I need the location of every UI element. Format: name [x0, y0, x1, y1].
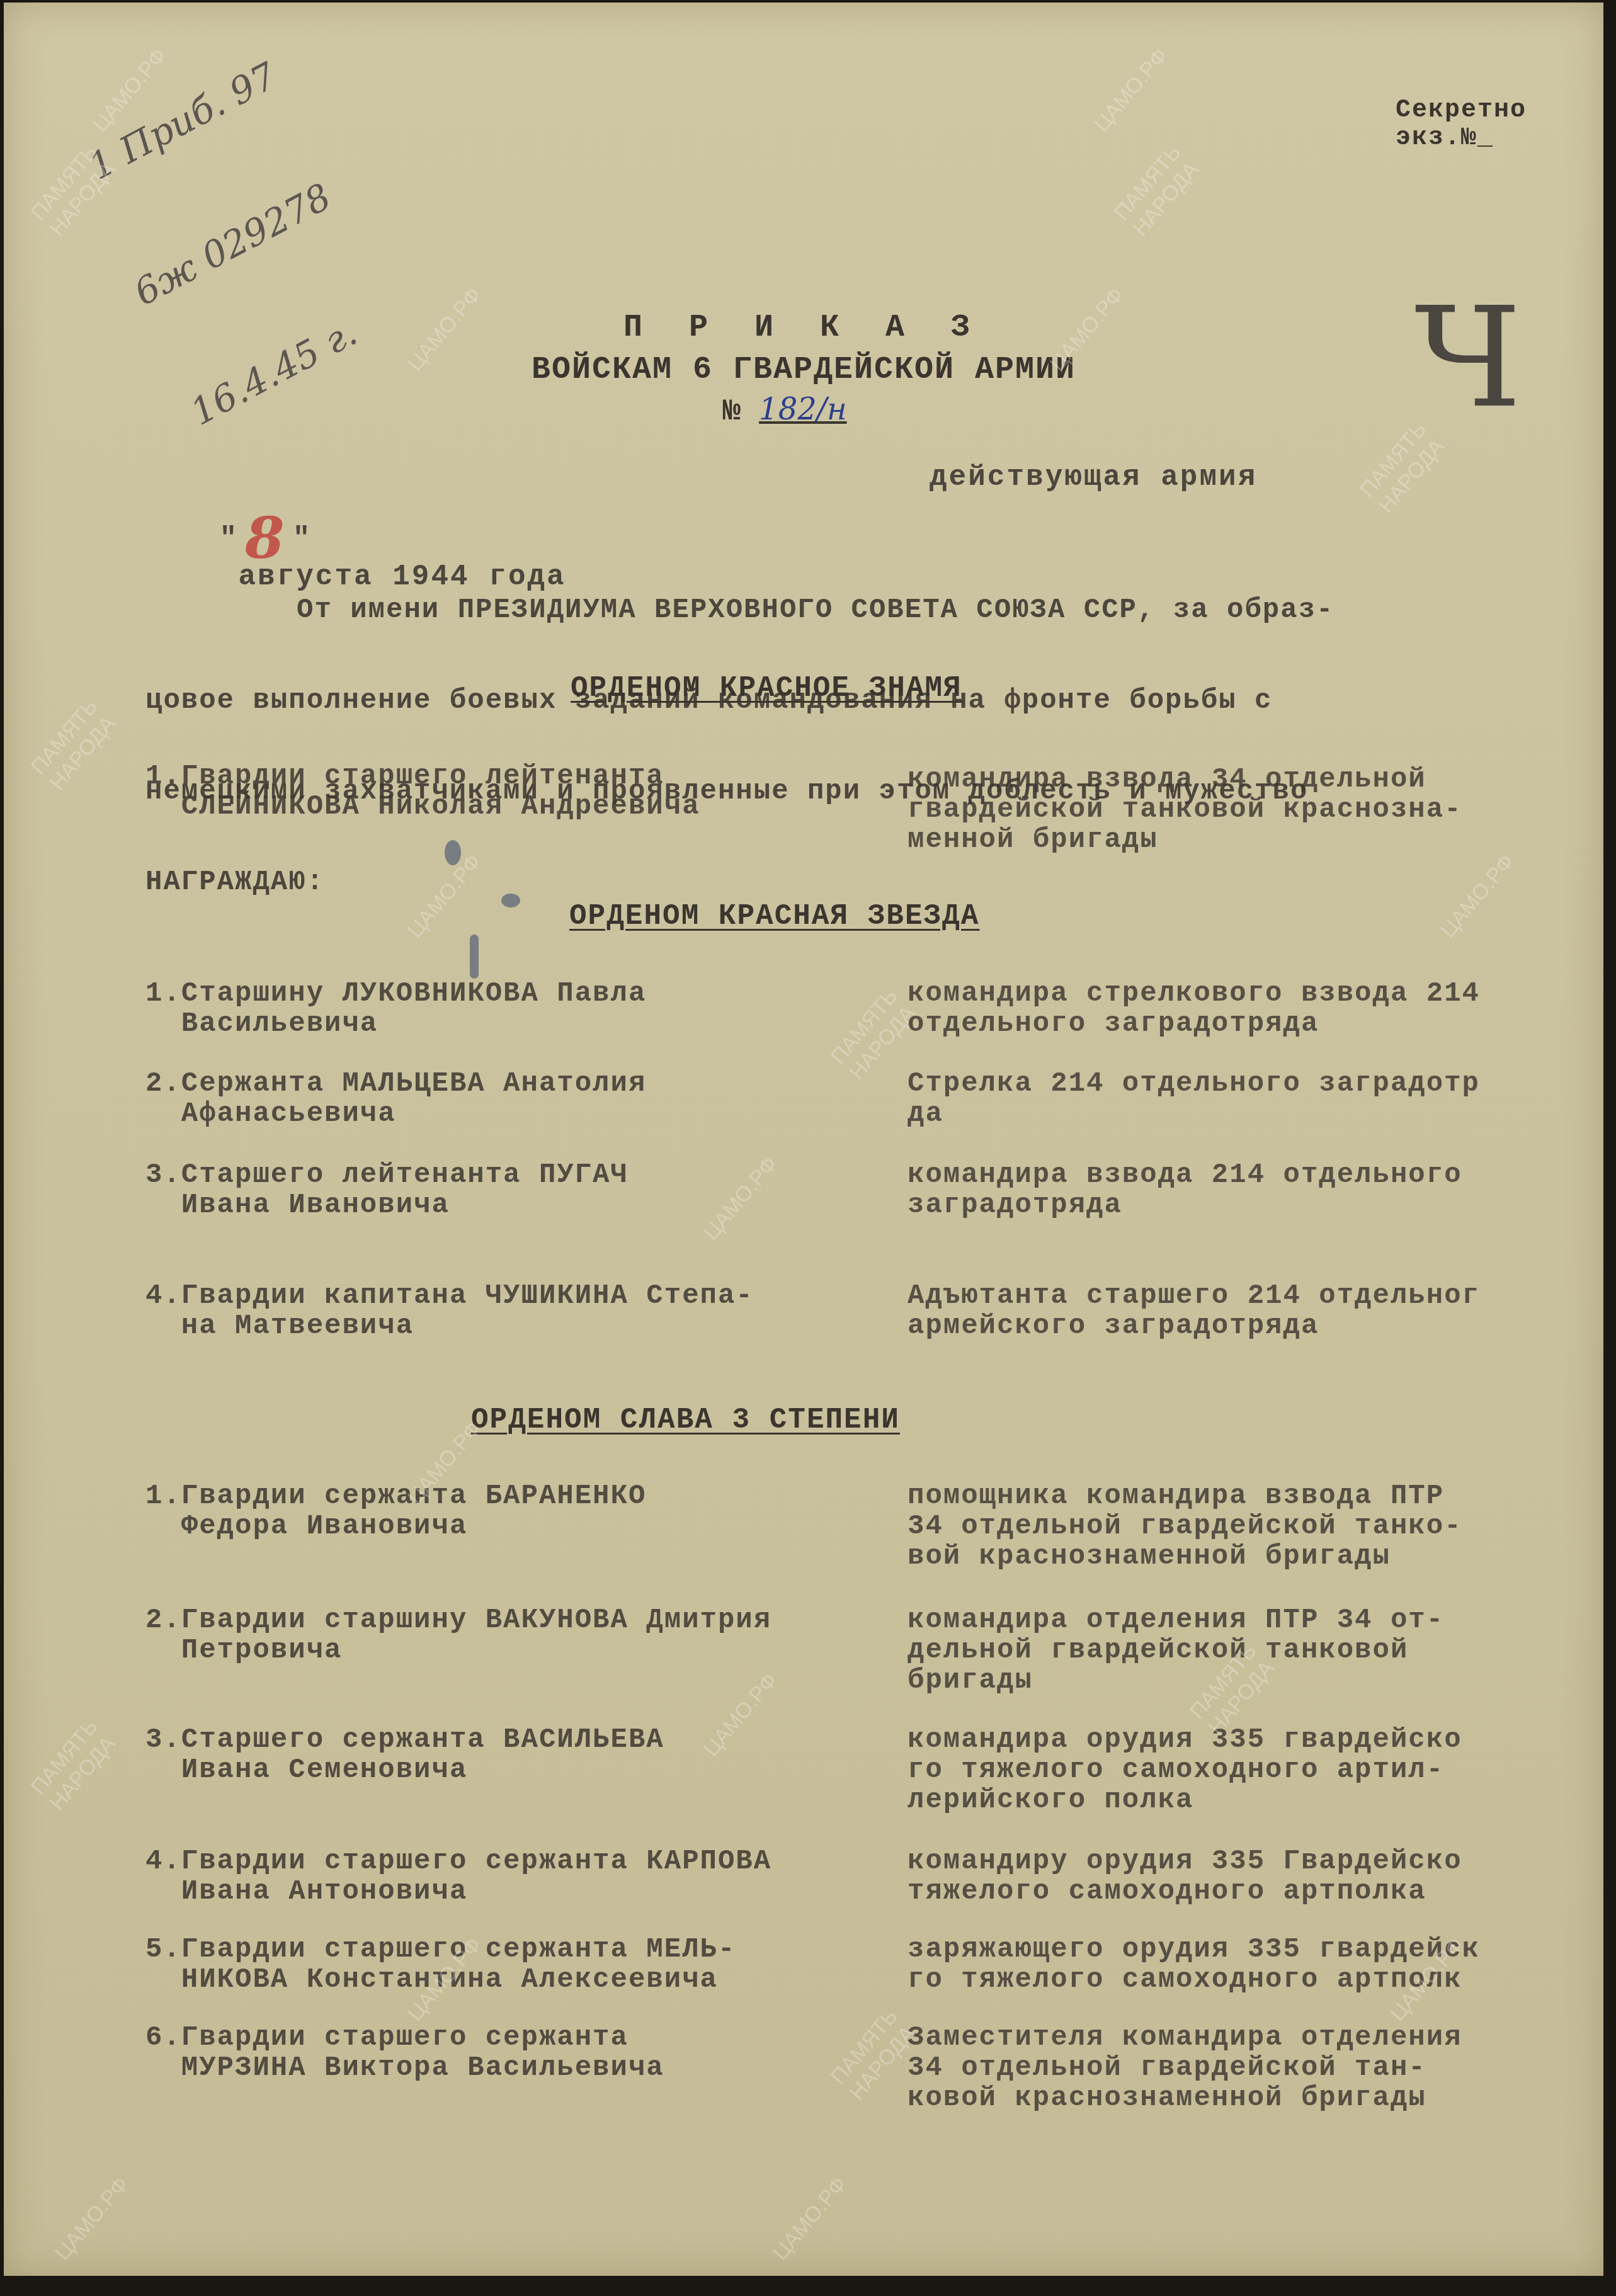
ink-blot: [470, 935, 479, 979]
entry-position: командира взвода 214 отдельногозаградотр…: [908, 1160, 1600, 1220]
preamble-line-1: От имени ПРЕЗИДИУМА ВЕРХОВНОГО СОВЕТА СО…: [145, 595, 1556, 625]
entry-name: 1.Гвардии старшего лейтенанта СЛЕЙНИКОВА…: [145, 761, 901, 822]
ink-blot: [445, 840, 461, 865]
entry-name: 6.Гвардии старшего сержанта МУРЗИНА Викт…: [145, 2023, 901, 2083]
ink-blot: [501, 894, 520, 907]
entry-name: 2.Сержанта МАЛЬЦЕВА Анатолия Афанасьевич…: [145, 1069, 901, 1129]
order-number: № 182/н: [4, 392, 1603, 429]
entry-position: Стрелка 214 отдельного заградотрда: [908, 1069, 1600, 1129]
watermark-tsamo: ЦАМО.РФ: [768, 2173, 852, 2266]
entry-position: помощника командира взвода ПТР34 отдельн…: [908, 1481, 1600, 1572]
watermark-tsamo: ЦАМО.РФ: [1090, 44, 1173, 137]
entry-name: 5.Гвардии старшего сержанта МЕЛЬ- НИКОВА…: [145, 1935, 901, 1995]
entry-name: 4.Гвардии старшего сержанта КАРПОВА Иван…: [145, 1846, 901, 1907]
pencil-annotation: 1 Приб. 97 6ж 029278 16.4.45 г.: [29, 0, 449, 506]
watermark-memory: ПАМЯТЬНАРОДА: [26, 1715, 122, 1816]
section-heading-red-star: ОРДЕНОМ КРАСНАЯ ЗВЕЗДА: [569, 900, 979, 933]
entry-position: командира взвода 34 отдельнойгвардейской…: [908, 764, 1600, 855]
preamble-line-4: НАГРАЖДАЮ:: [145, 867, 1556, 897]
entry-position: Адъютанта старшего 214 отдельногармейско…: [908, 1281, 1600, 1341]
pencil-annotation-line1: 1 Приб. 97: [81, 54, 283, 189]
entry-position: Заместителя командира отделения34 отдель…: [908, 2023, 1600, 2113]
preamble: От имени ПРЕЗИДИУМА ВЕРХОВНОГО СОВЕТА СО…: [145, 535, 1556, 958]
order-addressee: ВОЙСКАМ 6 ГВАРДЕЙСКОЙ АРМИИ: [4, 352, 1603, 388]
watermark-memory: ПАМЯТЬНАРОДА: [26, 695, 122, 795]
order-number-prefix: №: [722, 395, 741, 429]
order-number-value: 182/н: [759, 392, 846, 427]
entry-position: заряжающего орудия 335 гвардейскго тяжел…: [908, 1935, 1600, 1995]
order-title: П Р И К А З: [4, 310, 1603, 346]
entry-name: 2.Гвардии старшину ВАКУНОВА Дмитрия Петр…: [145, 1605, 901, 1666]
entry-name: 1.Старшину ЛУКОВНИКОВА Павла Васильевича: [145, 979, 901, 1039]
document-page: 1 Приб. 97 6ж 029278 16.4.45 г. Секретно…: [4, 3, 1603, 2276]
entry-name: 1.Гвардии сержанта БАРАНЕНКО Федора Иван…: [145, 1481, 901, 1542]
watermark-tsamo: ЦАМО.РФ: [50, 2173, 134, 2266]
date-place: действующая армия: [930, 461, 1257, 494]
section-heading-glory-3rd-class: ОРДЕНОМ СЛАВА 3 СТЕПЕНИ: [471, 1404, 900, 1436]
section-heading-red-banner: ОРДЕНОМ КРАСНОЕ ЗНАМЯ: [571, 672, 962, 705]
entry-name: 3.Старшего лейтенанта ПУГАЧ Ивана Иванов…: [145, 1160, 901, 1220]
entry-position: командира орудия 335 гвардейского тяжело…: [908, 1725, 1600, 1816]
entry-name: 3.Старшего сержанта ВАСИЛЬЕВА Ивана Семе…: [145, 1725, 901, 1785]
pencil-annotation-line2: 6ж 029278: [127, 170, 346, 314]
entry-name: 4.Гвардии капитана ЧУШИКИНА Степа- на Ма…: [145, 1281, 901, 1341]
watermark-memory: ПАМЯТЬНАРОДА: [1110, 140, 1205, 241]
entry-position: командира стрелкового взвода 214отдельно…: [908, 979, 1600, 1039]
entry-position: командира отделения ПТР 34 от-дельной гв…: [908, 1605, 1600, 1696]
entry-position: командиру орудия 335 Гвардейскотяжелого …: [908, 1846, 1600, 1907]
